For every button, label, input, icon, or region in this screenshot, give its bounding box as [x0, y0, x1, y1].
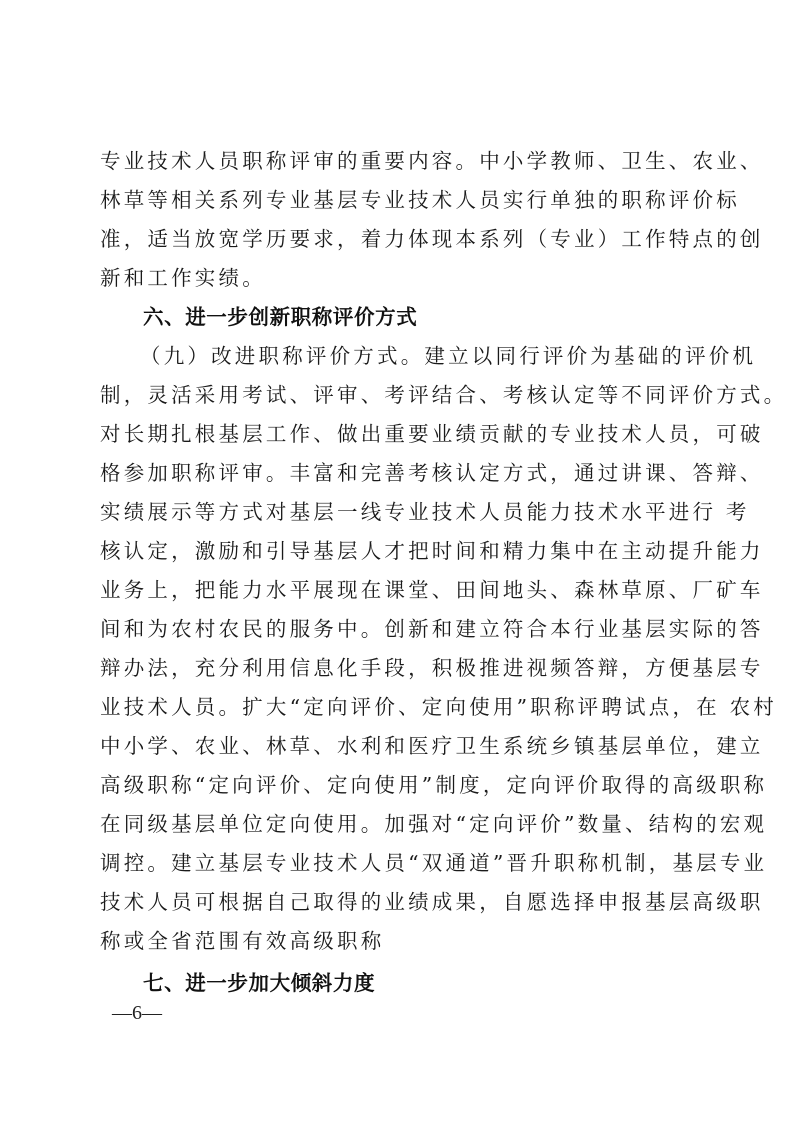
paragraph-2-line-5: 实绩展示等方式对基层一线专业技术人员能力技术水平进行 考 — [100, 497, 700, 527]
paragraph-2-line-4: 格参加职称评审。丰富和完善考核认定方式，通过讲课、答辩、 — [100, 458, 700, 488]
paragraph-2-line-1: （九）改进职称评价方式。建立以同行评价为基础的评价机 — [140, 341, 740, 371]
paragraph-2-line-3: 对长期扎根基层工作、做出重要业绩贡献的专业技术人员，可破 — [100, 419, 700, 449]
paragraph-2-line-9: 辩办法，充分利用信息化手段，积极推进视频答辩，方便基层专 — [100, 653, 700, 683]
paragraph-2-line-12: 高级职称“定向评价、定向使用”制度，定向评价取得的高级职称 — [100, 770, 700, 800]
paragraph-1-line-2: 林草等相关系列专业基层专业技术人员实行单独的职称评价标 — [100, 185, 700, 215]
paragraph-2-line-6: 核认定，激励和引导基层人才把时间和精力集中在主动提升能力 — [100, 536, 700, 566]
page-number: —6— — [112, 1000, 162, 1026]
paragraph-1-line-1: 专业技术人员职称评审的重要内容。中小学教师、卫生、农业、 — [100, 146, 700, 176]
paragraph-2-line-10: 业技术人员。扩大“定向评价、定向使用”职称评聘试点，在 农村 — [100, 692, 700, 722]
section-6-heading: 六、进一步创新职称评价方式 — [143, 302, 417, 332]
paragraph-2-line-7: 业务上，把能力水平展现在课堂、田间地头、森林草原、厂矿车 — [100, 575, 700, 605]
paragraph-2-line-16: 称或全省范围有效高级职称 — [100, 926, 700, 956]
paragraph-2-line-14: 调控。建立基层专业技术人员“双通道”晋升职称机制，基层专业 — [100, 848, 700, 878]
paragraph-2-line-13: 在同级基层单位定向使用。加强对“定向评价”数量、结构的宏观 — [100, 809, 700, 839]
section-7-heading: 七、进一步加大倾斜力度 — [143, 968, 375, 998]
paragraph-1-line-4: 新和工作实绩。 — [100, 263, 700, 293]
paragraph-1-line-3: 准，适当放宽学历要求，着力体现本系列（专业）工作特点的创 — [100, 224, 700, 254]
paragraph-2-line-2: 制，灵活采用考试、评审、考评结合、考核认定等不同评价方式。 — [100, 380, 700, 410]
document-page: 专业技术人员职称评审的重要内容。中小学教师、卫生、农业、 林草等相关系列专业基层… — [0, 0, 793, 1122]
paragraph-2-line-8: 间和为农村农民的服务中。创新和建立符合本行业基层实际的答 — [100, 614, 700, 644]
paragraph-2-line-11: 中小学、农业、林草、水利和医疗卫生系统乡镇基层单位，建立 — [100, 731, 700, 761]
paragraph-2-line-15: 技术人员可根据自己取得的业绩成果，自愿选择申报基层高级职 — [100, 887, 700, 917]
